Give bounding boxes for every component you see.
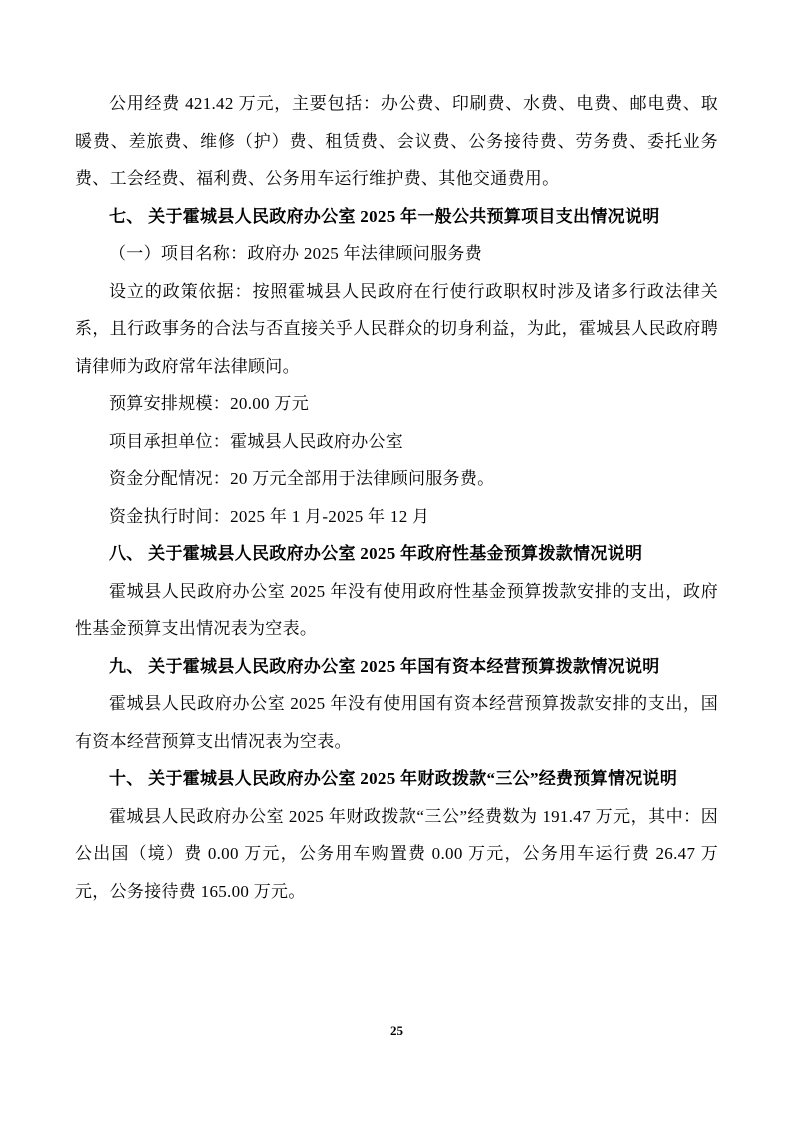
- paragraph-budget-scale: 预算安排规模：20.00 万元: [75, 385, 718, 423]
- section-heading-10: 十、 关于霍城县人民政府办公室 2025 年财政拨款“三公”经费预算情况说明: [75, 760, 718, 798]
- paragraph-fund-allocation: 资金分配情况：20 万元全部用于法律顾问服务费。: [75, 460, 718, 498]
- page-number: 25: [0, 1023, 793, 1039]
- section-heading-9: 九、 关于霍城县人民政府办公室 2025 年国有资本经营预算拨款情况说明: [75, 648, 718, 686]
- paragraph-government-fund-budget: 霍城县人民政府办公室 2025 年没有使用政府性基金预算拨款安排的支出，政府性基…: [75, 573, 718, 648]
- section-heading-8: 八、 关于霍城县人民政府办公室 2025 年政府性基金预算拨款情况说明: [75, 535, 718, 573]
- paragraph-undertaking-unit: 项目承担单位：霍城县人民政府办公室: [75, 423, 718, 461]
- paragraph-policy-basis: 设立的政策依据：按照霍城县人民政府在行使行政职权时涉及诸多行政法律关系，且行政事…: [75, 273, 718, 386]
- paragraph-public-funds: 公用经费 421.42 万元，主要包括：办公费、印刷费、水费、电费、邮电费、取暖…: [75, 85, 718, 198]
- document-page: 公用经费 421.42 万元，主要包括：办公费、印刷费、水费、电费、邮电费、取暖…: [0, 0, 793, 1122]
- paragraph-state-capital-budget: 霍城县人民政府办公室 2025 年没有使用国有资本经营预算拨款安排的支出，国有资…: [75, 685, 718, 760]
- paragraph-three-public-expenses: 霍城县人民政府办公室 2025 年财政拨款“三公”经费数为 191.47 万元，…: [75, 798, 718, 911]
- section-heading-7: 七、 关于霍城县人民政府办公室 2025 年一般公共预算项目支出情况说明: [75, 198, 718, 236]
- paragraph-fund-execution-period: 资金执行时间：2025 年 1 月-2025 年 12 月: [75, 498, 718, 536]
- document-body: 公用经费 421.42 万元，主要包括：办公费、印刷费、水费、电费、邮电费、取暖…: [75, 85, 718, 910]
- paragraph-project-name: （一）项目名称：政府办 2025 年法律顾问服务费: [75, 235, 718, 273]
